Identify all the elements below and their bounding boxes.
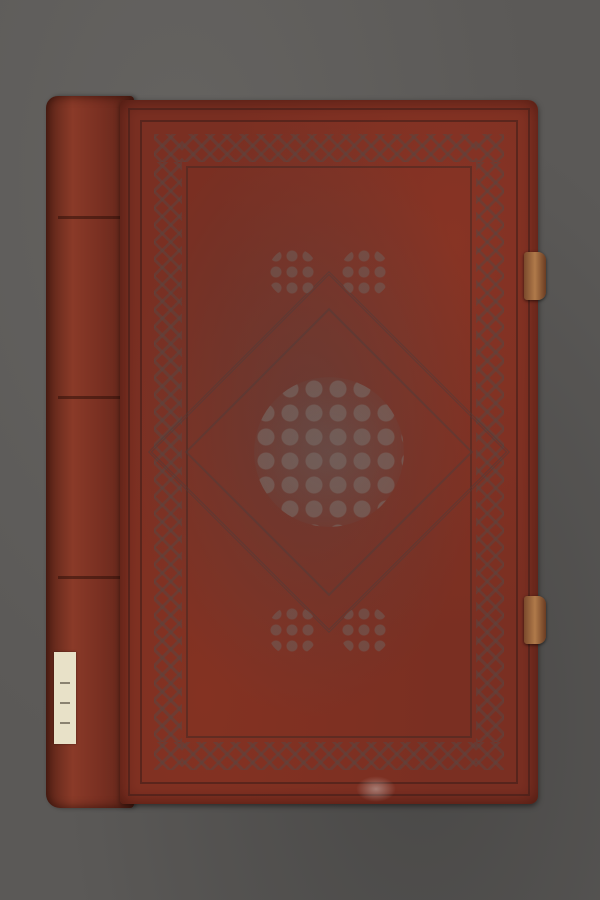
corner-ornament — [268, 248, 318, 298]
label-mark — [60, 702, 70, 704]
corner-ornament — [340, 248, 390, 298]
lower-clasp — [524, 596, 546, 644]
bottom-edge-ornament — [356, 776, 396, 802]
label-mark — [60, 682, 70, 684]
book — [46, 96, 538, 808]
spine-rib — [58, 396, 122, 399]
front-cover-board — [120, 100, 538, 804]
inner-panel — [186, 166, 472, 738]
spine-shelf-label — [54, 652, 76, 744]
corner-ornament — [340, 606, 390, 656]
spine-rib — [58, 576, 122, 579]
label-mark — [60, 722, 70, 724]
knotwork-medallion — [254, 377, 404, 527]
spine-rib — [58, 216, 122, 219]
upper-clasp — [524, 252, 546, 300]
corner-ornament — [268, 606, 318, 656]
